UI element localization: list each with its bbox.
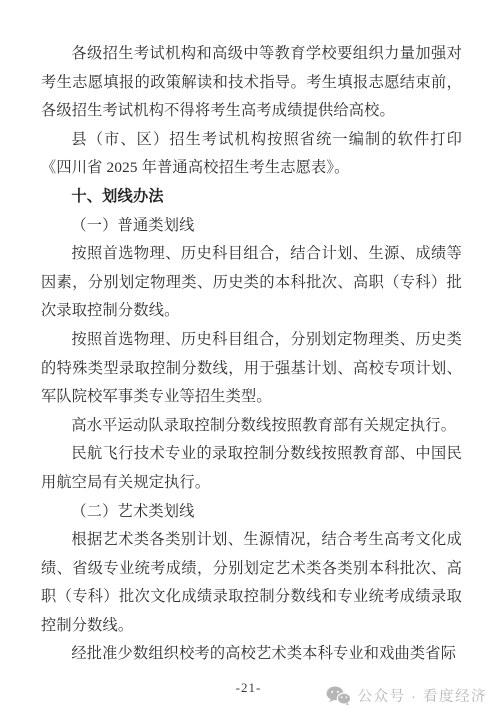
paragraph-sports-team-cutoff: 高水平运动队录取控制分数线按照教育部有关规定执行。 (41, 412, 462, 441)
document-body: 各级招生考试机构和高级中等教育学校要组织力量加强对考生志愿填报的政策解读和技术指… (41, 40, 462, 669)
document-page: 各级招生考试机构和高级中等教育学校要组织力量加强对考生志愿填报的政策解读和技术指… (0, 0, 500, 716)
section-heading-line-drawing: 十、划线办法 (41, 183, 462, 212)
paragraph-civil-aviation-cutoff: 民航飞行技术专业的录取控制分数线按照教育部、中国民用航空局有关规定执行。 (41, 440, 462, 497)
paragraph-print-volunteer-form: 县（市、区）招生考试机构按照省统一编制的软件打印《四川省 2025 年普通高校招… (41, 126, 462, 183)
subsection-heading-general-category: （一）普通类划线 (41, 212, 462, 241)
watermark-text: 公众号 · 看度经济 (358, 685, 487, 706)
wechat-icon (326, 686, 351, 706)
subsection-heading-art-category: （二）艺术类划线 (41, 498, 462, 527)
paragraph-art-school-exam-partial: 经批准少数组织校考的高校艺术类本科专业和戏曲类省际 (41, 640, 462, 669)
paragraph-general-cutoff-lines: 按照首选物理、历史科目组合，结合计划、生源、成绩等因素，分别划定物理类、历史类的… (41, 240, 462, 326)
paragraph-volunteer-guidance: 各级招生考试机构和高级中等教育学校要组织力量加强对考生志愿填报的政策解读和技术指… (41, 40, 462, 126)
watermark: 公众号 · 看度经济 (326, 685, 487, 706)
paragraph-special-type-cutoff-lines: 按照首选物理、历史科目组合，分别划定物理类、历史类的特殊类型录取控制分数线，用于… (41, 326, 462, 412)
paragraph-art-cutoff-lines: 根据艺术类各类别计划、生源情况，结合考生高考文化成绩、省级专业统考成绩，分别划定… (41, 526, 462, 640)
